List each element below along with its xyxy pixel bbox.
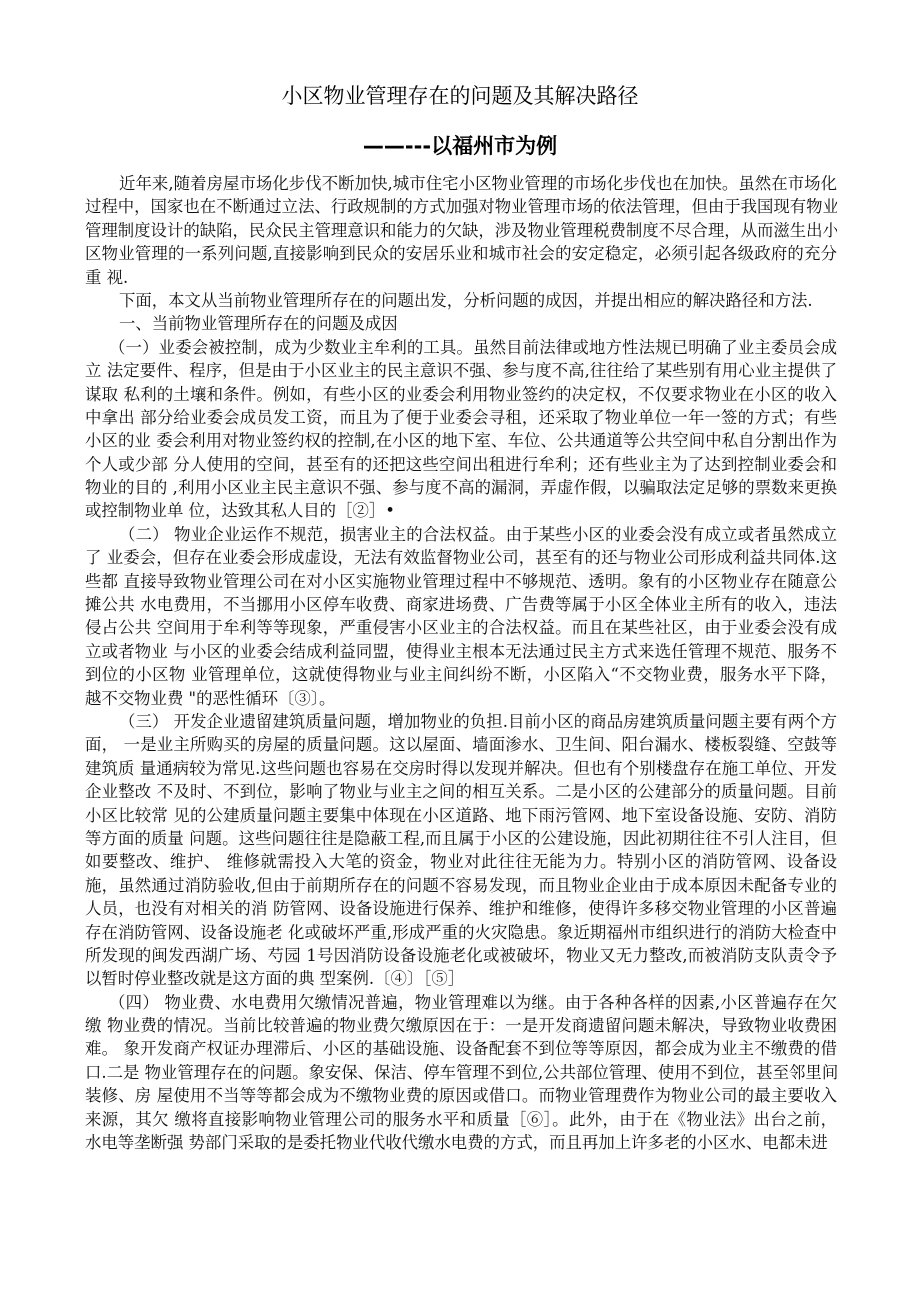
document-body: 近年来,随着房屋市场化步伐不断加快,城市住宅小区物业管理的市场化步伐也在加快。虽…	[85, 172, 837, 1154]
text-line: 小区的业 委会利用对物业签约权的控制,在小区的地下室、车位、公共通道等公共空间中…	[85, 429, 837, 452]
text-line: 区物业管理的一系列问题,直接影响到民众的安居乐业和城市社会的安定稳定，必须引起各…	[85, 242, 837, 265]
text-line: （二） 物业企业运作不规范，损害业主的合法权益。由于某些小区的业委会没有成立或者…	[85, 523, 837, 546]
text-line: 来源，其欠 缴将直接影响物业管理公司的服务水平和质量［⑥］。此外，由于在《物业法…	[85, 1108, 837, 1131]
text-line: 一、当前物业管理所存在的问题及成因	[85, 312, 837, 335]
text-line: （三） 开发企业遗留建筑质量问题，增加物业的负担.目前小区的商品房建筑质量问题主…	[85, 710, 837, 733]
paragraph: （三） 开发企业遗留建筑质量问题，增加物业的负担.目前小区的商品房建筑质量问题主…	[85, 710, 837, 991]
text-line: 装修、房 屋使用不当等等都会成为不缴物业费的原因或借口。而物业管理费作为物业公司…	[85, 1084, 837, 1107]
text-line: 侵占公共 空间用于牟利等等现象，严重侵害小区业主的合法权益。而且在某些社区，由于…	[85, 616, 837, 639]
text-line: （一）业委会被控制，成为少数业主牟利的工具。虽然目前法律或地方性法规已明确了业主…	[85, 336, 837, 359]
text-line: 面， 一是业主所购买的房屋的质量问题。这以屋面、墙面渗水、卫生间、阳台漏水、楼板…	[85, 733, 837, 756]
text-line: 物业的目的 ,利用小区业主民主意识不强、参与度不高的漏洞，弄虚作假，以骗取法定足…	[85, 476, 837, 499]
paragraph: 近年来,随着房屋市场化步伐不断加快,城市住宅小区物业管理的市场化步伐也在加快。虽…	[85, 172, 837, 289]
text-line: 口.二是 物业管理存在的问题。象安保、保洁、停车管理不到位,公共部位管理、使用不…	[85, 1061, 837, 1084]
text-line: 如要整改、维护、 维修就需投入大笔的资金，物业对此往往无能为力。特别小区的消防管…	[85, 850, 837, 873]
paragraph: （一）业委会被控制，成为少数业主牟利的工具。虽然目前法律或地方性法规已明确了业主…	[85, 336, 837, 523]
text-line: 管理制度设计的缺陷，民众民主管理意识和能力的欠缺，涉及物业管理税费制度不尽合理，…	[85, 219, 837, 242]
text-line: 或控制物业单 位，达致其私人目的［②］•	[85, 499, 837, 522]
text-line: 等方面的质量 问题。这些问题往往是隐蔽工程,而且属于小区的公建设施，因此初期往往…	[85, 827, 837, 850]
paragraph: （二） 物业企业运作不规范，损害业主的合法权益。由于某些小区的业委会没有成立或者…	[85, 523, 837, 710]
text-line: 立 法定要件、程序，但是由于小区业主的民主意识不强、参与度不高,往往给了某些别有…	[85, 359, 837, 382]
text-line: 施，虽然通过消防验收,但由于前期所存在的问题不容易发现，而且物业企业由于成本原因…	[85, 874, 837, 897]
text-line: 近年来,随着房屋市场化步伐不断加快,城市住宅小区物业管理的市场化步伐也在加快。虽…	[85, 172, 837, 195]
text-line: 缴 物业费的情况。当前比较普遍的物业费欠缴原因在于：一是开发商遗留问题未解决，导…	[85, 1014, 837, 1037]
text-line: 过程中，国家也在不断通过立法、行政规制的方式加强对物业管理市场的依法管理，但由于…	[85, 195, 837, 218]
text-line: 人员，也没有对相关的消 防管网、设备设施进行保养、维护和维修，使得许多移交物业管…	[85, 897, 837, 920]
text-line: 水电等垄断强 势部门采取的是委托物业代收代缴水电费的方式，而且再加上许多老的小区…	[85, 1131, 837, 1154]
paragraph: 一、当前物业管理所存在的问题及成因	[85, 312, 837, 335]
text-line: 些都 直接导致物业管理公司在对小区实施物业管理过程中不够规范、透明。象有的小区物…	[85, 570, 837, 593]
text-line: （四） 物业费、水电费用欠缴情况普遍，物业管理难以为继。由于各种各样的因素,小区…	[85, 991, 837, 1014]
text-line: 个人或少部 分人使用的空间，甚至有的还把这些空间出租进行牟利；还有些业主为了达到…	[85, 453, 837, 476]
document-subtitle: ——---以福州市为例	[0, 130, 920, 160]
text-line: 难。 象开发商产权证办理滞后、小区的基础设施、设备配套不到位等等原因，都会成为业…	[85, 1037, 837, 1060]
text-line: 企业整改 不及时、不到位，影响了物业与业主之间的相互关系。二是小区的公建部分的质…	[85, 780, 837, 803]
text-line: 摊公共 水电费用，不当挪用小区停车收费、商家进场费、广告费等属于小区全体业主所有…	[85, 593, 837, 616]
paragraph: 下面，本文从当前物业管理所存在的问题出发，分析问题的成因，并提出相应的解决路径和…	[85, 289, 837, 312]
text-line: 谋取 私利的土壤和条件。例如，有些小区的业委会利用物业签约的决定权，不仅要求物业…	[85, 383, 837, 406]
text-line: 立或者物业 与小区的业委会结成利益同盟，使得业主根本无法通过民主方式来选任管理不…	[85, 640, 837, 663]
paragraph: （四） 物业费、水电费用欠缴情况普遍，物业管理难以为继。由于各种各样的因素,小区…	[85, 991, 837, 1155]
text-line: 建筑质 量通病较为常见.这些问题也容易在交房时得以发现并解决。但也有个别楼盘存在…	[85, 757, 837, 780]
text-line: 中拿出 部分给业委会成员发工资，而且为了便于业委会寻租，还采取了物业单位一年一签…	[85, 406, 837, 429]
text-line: 越不交物业费 "的恶性循环〔③〕。	[85, 687, 837, 710]
text-line: 下面，本文从当前物业管理所存在的问题出发，分析问题的成因，并提出相应的解决路径和…	[85, 289, 837, 312]
text-line: 了 业委会，但存在业委会形成虚设，无法有效监督物业公司，甚至有的还与物业公司形成…	[85, 546, 837, 569]
text-line: 以暂时停业整改就是这方面的典 型案例.〔④〕［⑤］	[85, 967, 837, 990]
text-line: 小区比较常 见的公建质量问题主要集中体现在小区道路、地下雨污管网、地下室设备设施…	[85, 804, 837, 827]
text-line: 存在消防管网、设备设施老 化或破坏严重,形成严重的火灾隐患。象近期福州市组织进行…	[85, 921, 837, 944]
document-title: 小区物业管理存在的问题及其解决路径	[0, 80, 920, 110]
text-line: 到位的小区物 业管理单位，这就使得物业与业主间纠纷不断，小区陷入“不交物业费，服…	[85, 663, 837, 686]
text-line: 重 视.	[85, 266, 837, 289]
text-line: 所发现的闽发西湖广场、芍园 1号因消防设备设施老化或被破坏，物业又无力整改,而被…	[85, 944, 837, 967]
